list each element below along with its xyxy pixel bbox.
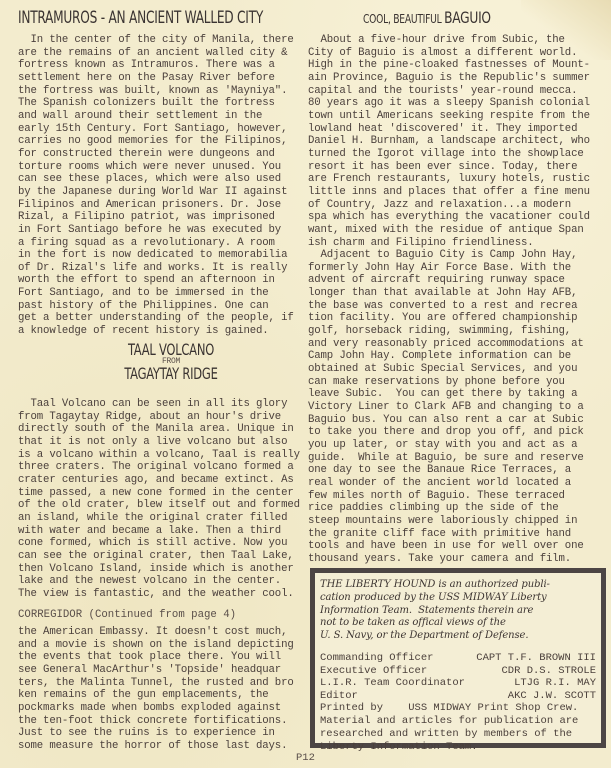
staff-row: Commanding Officer CAPT T.F. BROWN III bbox=[320, 652, 596, 665]
staff-role: Commanding Officer bbox=[320, 652, 433, 665]
baguio-heading-part1: COOL, BEAUTIFUL bbox=[363, 12, 444, 26]
page-number: P12 bbox=[296, 752, 315, 764]
staff-role: Editor bbox=[320, 690, 358, 703]
taal-heading: TAAL VOLCANO FROM TAGAYTAY RIDGE bbox=[96, 342, 246, 382]
corregidor-heading: CORREGIDOR (Continued from page 4) bbox=[18, 609, 236, 621]
staff-name: AKC J.W. SCOTT bbox=[508, 690, 596, 703]
corregidor-article: the American Embassy. It doesn't cost mu… bbox=[18, 626, 294, 753]
masthead-footer: Printed by USS MIDWAY Print Shop Crew. M… bbox=[320, 702, 596, 753]
staff-role: Executive Officer bbox=[320, 665, 427, 678]
baguio-heading: COOL, BEAUTIFUL BAGUIO bbox=[363, 8, 491, 27]
staff-row: L.I.R. Team Coordinator LTJG R.I. MAY bbox=[320, 677, 596, 690]
taal-heading-line3: TAGAYTAY RIDGE bbox=[111, 366, 231, 382]
staff-row: Editor AKC J.W. SCOTT bbox=[320, 690, 596, 703]
staff-row: Executive Officer CDR D.S. STROLE bbox=[320, 665, 596, 678]
baguio-heading-part2: BAGUIO bbox=[444, 8, 491, 27]
staff-name: CAPT T.F. BROWN III bbox=[476, 652, 596, 665]
intramuros-article: In the center of the city of Manila, the… bbox=[18, 34, 294, 338]
staff-name: LTJG R.I. MAY bbox=[514, 677, 596, 690]
taal-heading-line1: TAAL VOLCANO bbox=[111, 342, 231, 358]
staff-list: Commanding Officer CAPT T.F. BROWN III E… bbox=[320, 652, 596, 702]
masthead-box: THE LIBERTY HOUND is an authorized publi… bbox=[310, 568, 606, 748]
staff-role: L.I.R. Team Coordinator bbox=[320, 677, 465, 690]
staff-name: CDR D.S. STROLE bbox=[501, 665, 596, 678]
taal-article: Taal Volcano can be seen in all its glor… bbox=[18, 398, 300, 601]
masthead-statement: THE LIBERTY HOUND is an authorized publi… bbox=[320, 579, 596, 643]
intramuros-heading: INTRAMUROS - AN ANCIENT WALLED CITY bbox=[18, 8, 263, 27]
baguio-article: About a five-hour drive from Subic, the … bbox=[308, 34, 590, 566]
